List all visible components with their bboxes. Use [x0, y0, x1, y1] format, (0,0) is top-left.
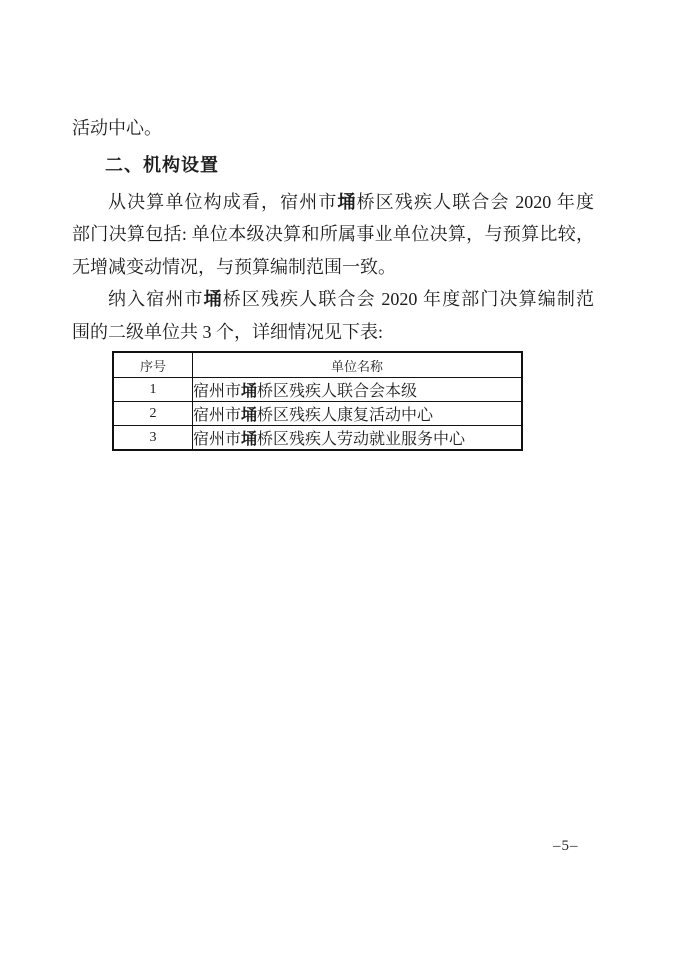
- document-text: 活动中心。 二、机构设置 从决算单位构成看，宿州市埇桥区残疾人联合会 2020 …: [72, 112, 594, 348]
- continuation-line: 活动中心。: [72, 112, 594, 145]
- p2l1-post: 桥区残疾人联合会 2020 年度部门决算编制范: [223, 289, 594, 309]
- paragraph-2: 纳入宿州市埇桥区残疾人联合会 2020 年度部门决算编制范 围的二级单位共 3 …: [72, 283, 594, 348]
- name-pre: 宿州市: [193, 431, 241, 448]
- paragraph-2-line-2: 围的二级单位共 3 个，详细情况见下表:: [72, 316, 594, 349]
- table-header-no: 序号: [113, 352, 193, 378]
- section-heading: 二、机构设置: [72, 145, 594, 186]
- paragraph-1: 从决算单位构成看，宿州市埇桥区残疾人联合会 2020 年度 部门决算包括: 单位…: [72, 186, 594, 284]
- table-row: 1 宿州市埇桥区残疾人联合会本级: [113, 378, 522, 402]
- paragraph-2-line-1: 纳入宿州市埇桥区残疾人联合会 2020 年度部门决算编制范: [72, 283, 594, 316]
- paragraph-1-line-2: 部门决算包括: 单位本级决算和所属事业单位决算，与预算比较，: [72, 218, 594, 251]
- char-yong: 埇: [204, 289, 223, 309]
- p2l1-pre: 纳入宿州市: [108, 289, 204, 309]
- name-pre: 宿州市: [193, 383, 241, 400]
- table-row: 3 宿州市埇桥区残疾人劳动就业服务中心: [113, 426, 522, 451]
- name-post: 桥区残疾人劳动就业服务中心: [257, 431, 465, 448]
- cell-no: 2: [113, 402, 193, 426]
- p1l1-pre: 从决算单位构成看，宿州市: [108, 192, 338, 212]
- cell-no: 1: [113, 378, 193, 402]
- name-post: 桥区残疾人联合会本级: [257, 383, 417, 400]
- units-table: 序号 单位名称 1 宿州市埇桥区残疾人联合会本级 2 宿州市埇桥区残疾人康复活动…: [112, 351, 523, 451]
- page-number: –5–: [553, 838, 579, 855]
- cell-name: 宿州市埇桥区残疾人联合会本级: [193, 378, 523, 402]
- cell-name: 宿州市埇桥区残疾人康复活动中心: [193, 402, 523, 426]
- p1l1-post: 桥区残疾人联合会 2020 年度: [357, 192, 594, 212]
- table-header-row: 序号 单位名称: [113, 352, 522, 378]
- char-yong: 埇: [241, 431, 257, 448]
- name-pre: 宿州市: [193, 407, 241, 424]
- char-yong: 埇: [338, 192, 357, 212]
- name-post: 桥区残疾人康复活动中心: [257, 407, 433, 424]
- paragraph-1-line-3: 无增减变动情况，与预算编制范围一致。: [72, 251, 594, 284]
- table-header-name: 单位名称: [193, 352, 523, 378]
- char-yong: 埇: [241, 407, 257, 424]
- cell-name: 宿州市埇桥区残疾人劳动就业服务中心: [193, 426, 523, 451]
- document-page: 活动中心。 二、机构设置 从决算单位构成看，宿州市埇桥区残疾人联合会 2020 …: [0, 0, 674, 954]
- char-yong: 埇: [241, 383, 257, 400]
- paragraph-1-line-1: 从决算单位构成看，宿州市埇桥区残疾人联合会 2020 年度: [72, 186, 594, 219]
- table-row: 2 宿州市埇桥区残疾人康复活动中心: [113, 402, 522, 426]
- cell-no: 3: [113, 426, 193, 451]
